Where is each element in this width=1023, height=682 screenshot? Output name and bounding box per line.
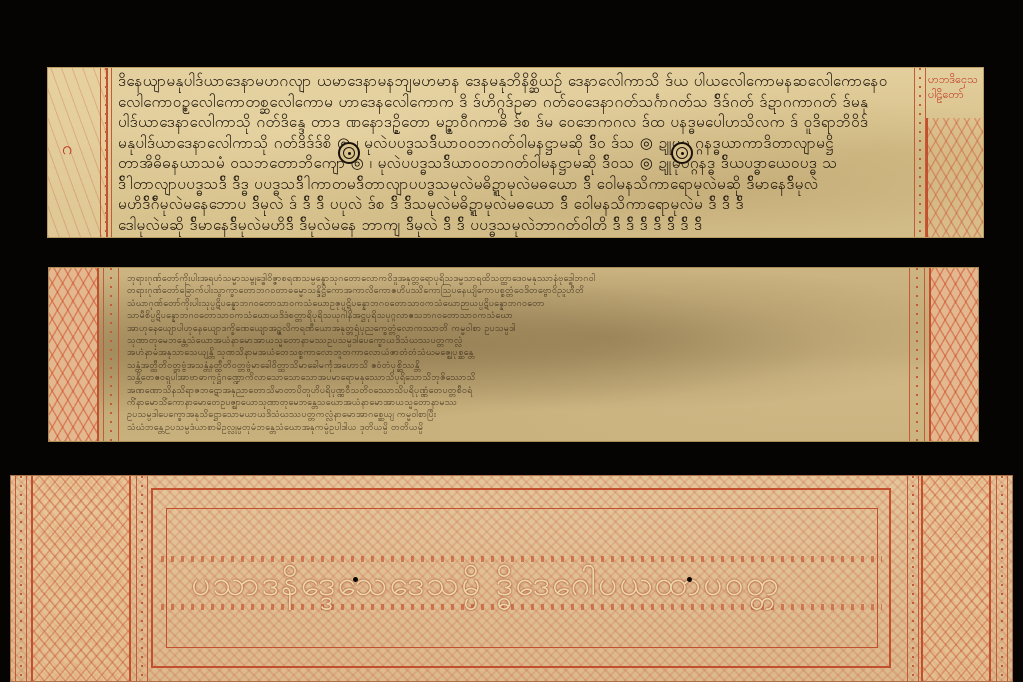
text-line: မနုပါဒ်ယာဒေနာလေါကာသို ဂတ်ဒိဒ်ဒ်စိ ◎ ၊ မု… [118,133,910,154]
left-ornament-border [49,268,99,441]
binding-hole-right [687,577,692,582]
text-line: ဒေါမုလဲမဆို ဒ်ိမာနေဒ်ိမုလဲမဟိဒ်ိ ဒ်ိမုလဲ… [118,215,910,236]
text-line: သာမီစိပ္ပဋိပန္နောဘဂဝတောသာဝကသံဃောယဒိဒံစတ္… [127,310,917,322]
text-line: ဥပသမ္ပဒါပေက္ခောအနုသိဋ္ဌောသောမယာယဒိသံဃဿပတ… [127,409,917,421]
text-line: ကိံနာမောသိကောနာမောတေဥပဇ္ဈာယောသုဏာတုမေဘန္… [127,397,917,409]
text-line: အဏဏောသိနသိရာဇဘဋောအနုညာတောသိမာတာပိတူဟိပရိ… [127,385,917,397]
margin-note-line: ဟ​ဘ​ဒိ​ငှေ​သ [928,72,978,87]
left-ornament-border [48,68,108,237]
left-ornament-panel [31,476,131,681]
text-line: လေါကောဝဥ္စလေါကောတစ္ဆလေါကောမ ဟာဒေနလေါကောက… [118,92,910,113]
right-dotted-rule [914,68,926,237]
binding-ring-right-icon [671,142,693,164]
dotted-band-bottom [161,604,882,610]
binding-ring-left-icon [338,142,360,164]
text-line: သံဃံဘန္တေဥပသမ္ပဒံယာစာမိဥလ္လုမ္ပတုမံဘန္တေ… [127,422,917,434]
binding-hole-left [353,577,358,582]
right-dotted-rule-inner [907,476,919,681]
text-body: ဒိနေယျာမနုပါဒ်ယာဒေနာမဟဂလျာ ယမာဒေနာမနဘျမဟ… [118,71,910,237]
right-dotted-rule [996,476,1008,681]
right-dotted-rule [909,268,925,441]
text-line: မဟိဒ်ိဂ်ီမုလဲမနေဘောပ ဒ်ိမုလဲ ဒ် ဒ်ိ ဒ်ိ … [118,194,910,215]
text-line: တရားဂုဏ်တော်ခြောက်ပါးသွာက္ခာတောဘဂဝတာဓမ္မ… [127,285,917,297]
dotted-band-top [161,556,882,562]
left-dotted-rule [100,68,112,237]
margin-note-line: ပါ​ဠိ​တော် [928,87,978,102]
right-ornament-panel [921,476,991,681]
text-line: သုဏာတုမေဘန္တေသံဃောအယံနာမောအာယသ္မတောနာမဿဥ… [127,335,917,347]
cover-title: ပသာဒနိဒ္ဒေသေဒေသမ္ပိ ဒ္ဓိဒေဂေါပယထာပဝတ္တ [191,564,871,604]
right-ornament-border [929,268,979,441]
text-line: တာအိဓိဓနယာသမံ ဝသဘတောဘိကျော ◎ ၊ မုလဲပပဒ္ဓ… [118,153,910,174]
text-line: သန္တိတေဧဝရူပါအာဗာဓာကုဋ္ဌံဂဏ္ဍောကိလာသောသေ… [127,372,917,384]
manuscript-cover-leaf: ပသာဒနိဒ္ဒေသေဒေသမ္ပိ ဒ္ဓိဒေဂေါပယထာပဝတ္တ [10,475,1013,682]
manuscript-leaf-top: ဂ ဒိနေယျာမနုပါဒ်ယာဒေနာမဟဂလျာ ယမာဒေနာမနဘျ… [47,67,984,238]
left-dotted-rule-inner [136,476,148,681]
folio-mark: ဂ [62,136,72,163]
text-body: ဘုရားဂုဏ်တော်ကိုးပါးအရဟံသမ္မာသမ္ဗုဒ္ဓေါဝ… [127,273,917,439]
text-line: သံဃာဂုဏ်တော်ကိုးပါးသုပ္ပဋိပန္နောဘဂဝတောသာ… [127,298,917,310]
text-line: ပါဒ်ယာဒေနာလေါကာသို ဂတ်ဒိန္ဒေ တာဒ ဏနောဒဥ္… [118,112,910,133]
left-dotted-rule [103,268,119,441]
right-ornament-border [926,118,984,237]
text-line: သန္တံအတ္ထီတိဝတ္တဗ္ဗံအသန္တံနတ္ထီတိဝတ္တဗ္ဗ… [127,360,917,372]
left-dotted-rule [15,476,27,681]
text-line: ဘုရားဂုဏ်တော်ကိုးပါးအရဟံသမ္မာသမ္ဗုဒ္ဓေါဝ… [127,273,917,285]
text-line: ဒ်ိါတာလျာပပဒ္ဓသဒ်ိ ဒ်ိဒ္ဓ ပပဒ္ဓသဒ်ိါကာတမ… [118,174,910,195]
text-line: အဟံနာမံအနုသာသေယျန္တိ သုဏသိနာမအယံတေသစ္စကာ… [127,347,917,359]
text-line: အာဟုနေယျောပါဟုနေယျောဒက္ခိဏေယျောအဉ္ဇလိကရဏ… [127,323,917,335]
margin-note: ဟ​ဘ​ဒိ​ငှေ​သ ပါ​ဠိ​တော် [928,72,978,102]
text-line: ဒိနေယျာမနုပါဒ်ယာဒေနာမဟဂလျာ ယမာဒေနာမနဘျမဟ… [118,71,910,92]
manuscript-leaf-middle: ဘုရားဂုဏ်တော်ကိုးပါးအရဟံသမ္မာသမ္ဗုဒ္ဓေါဝ… [48,267,979,442]
